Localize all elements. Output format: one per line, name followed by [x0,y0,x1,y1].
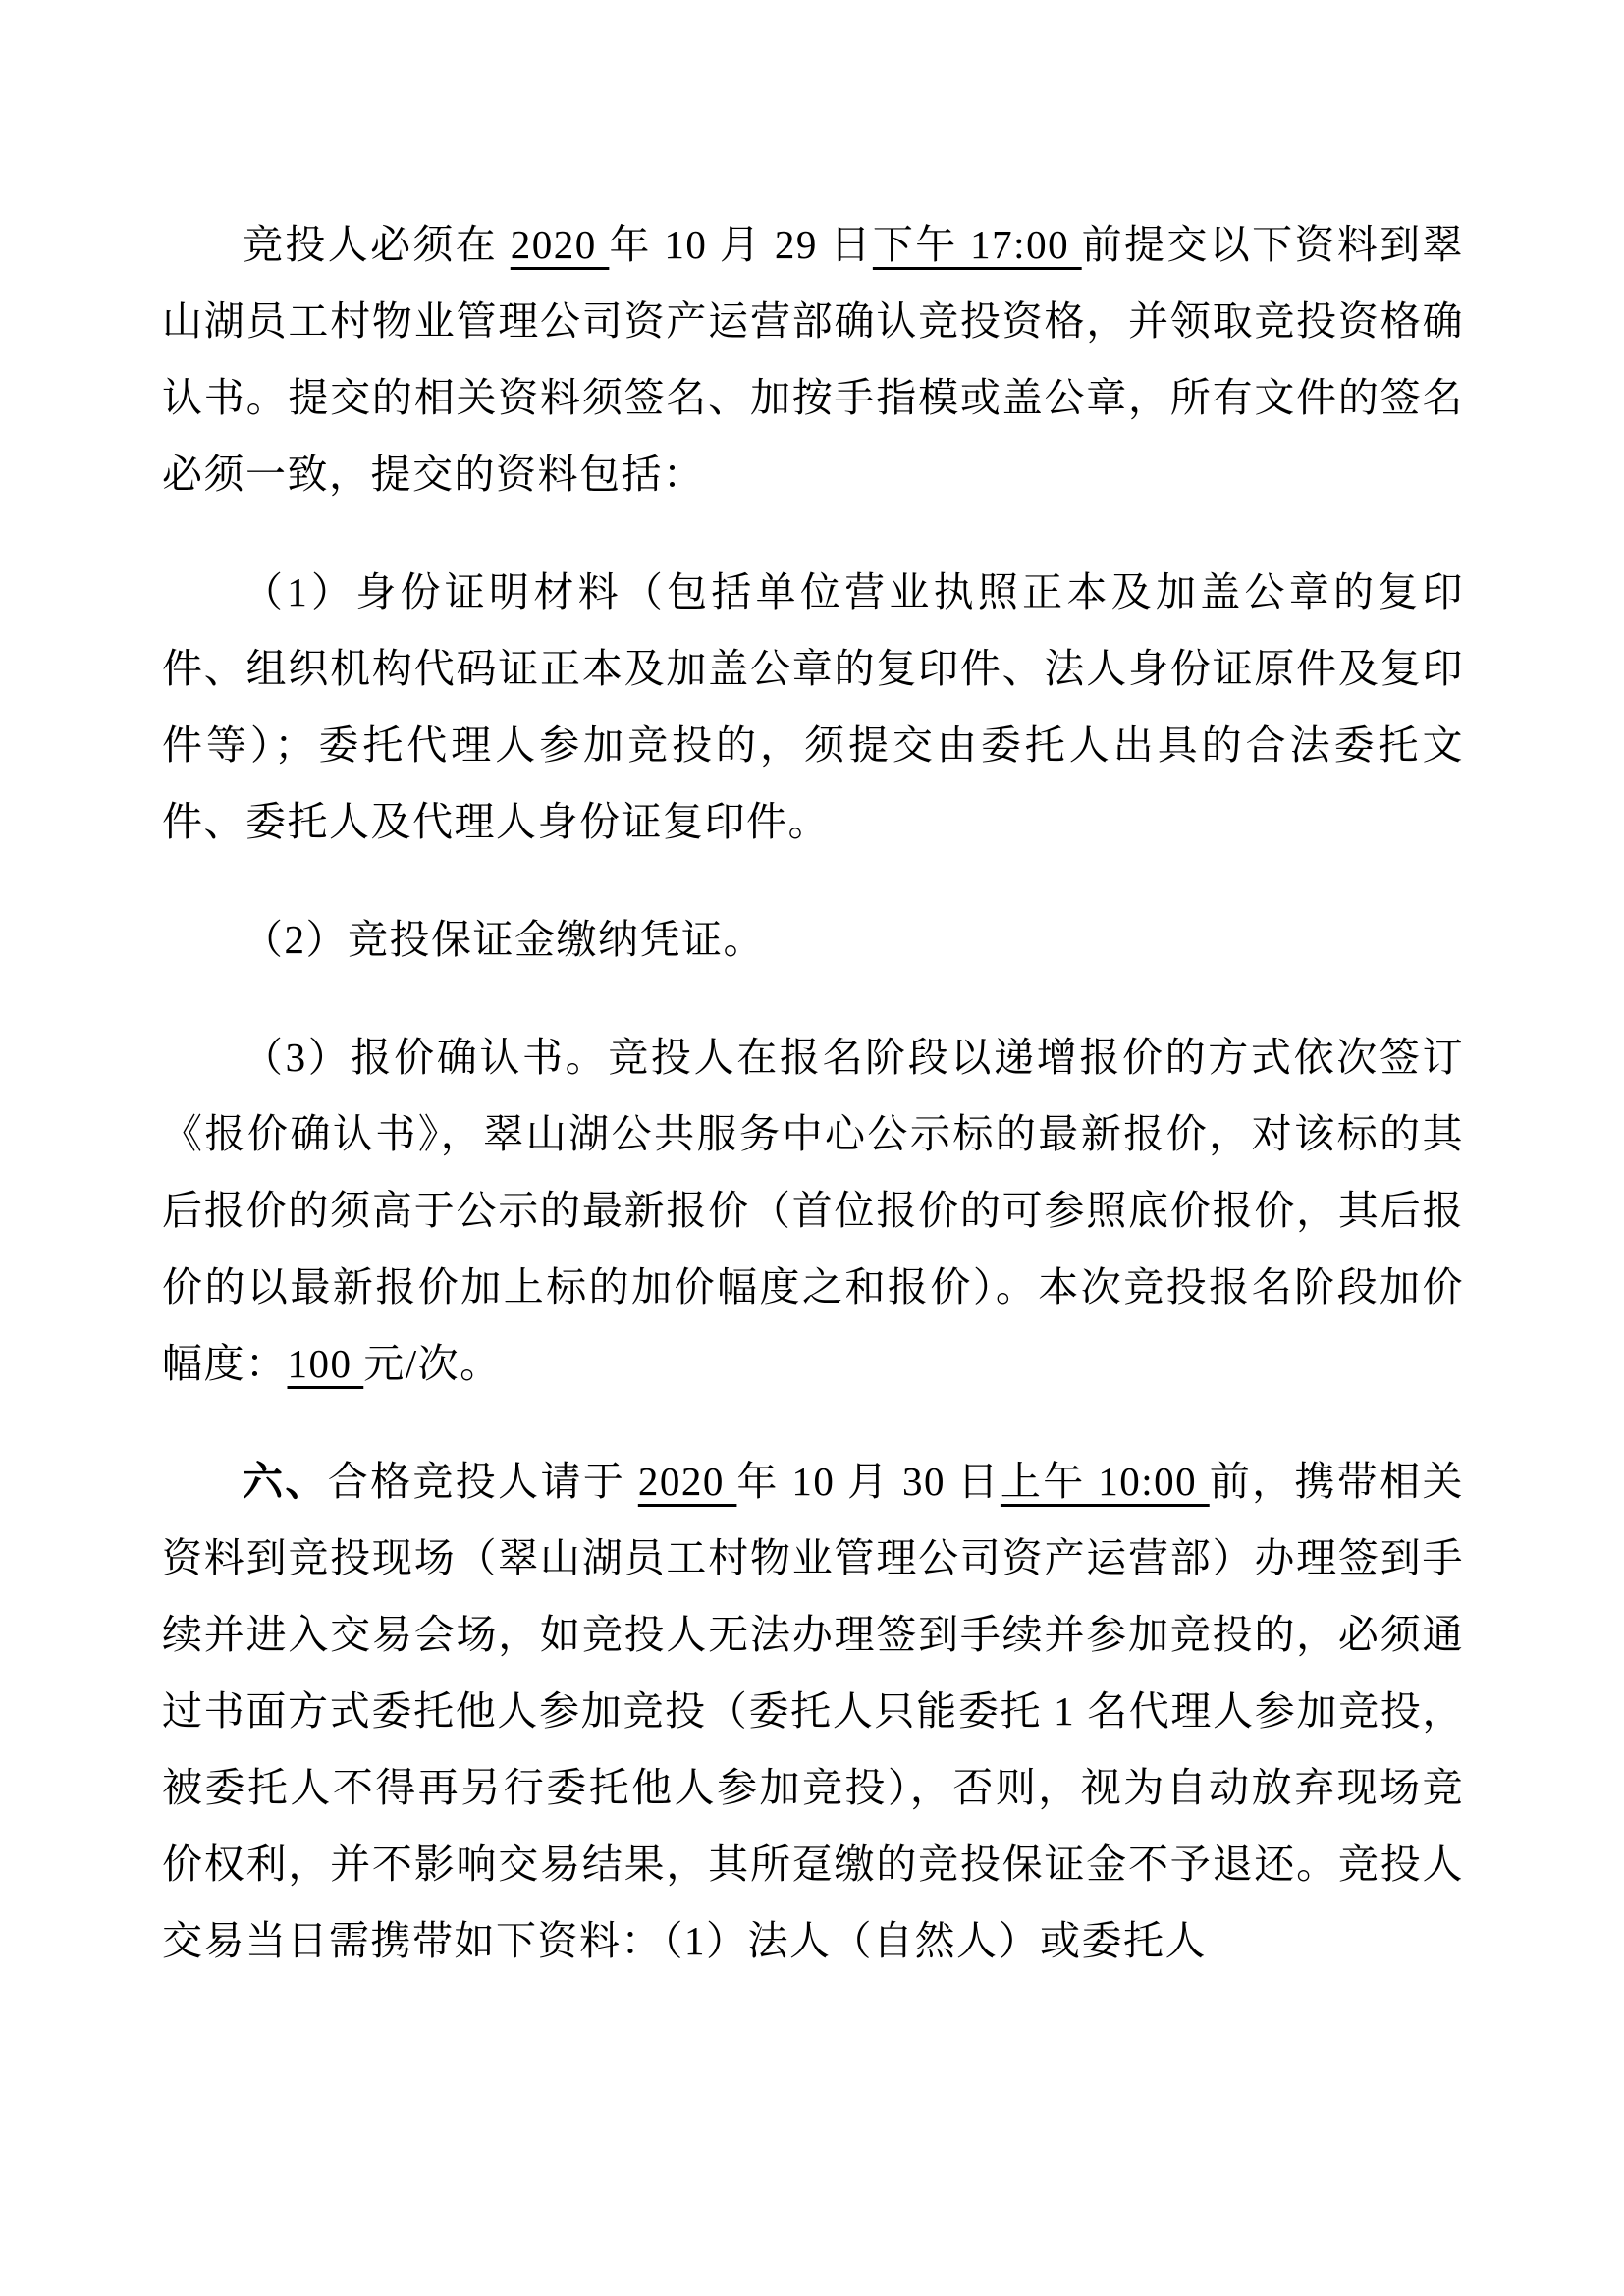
underlined-text: 100 [288,1341,364,1386]
text-run: 竞投人必须在 [243,222,511,267]
section-6-qualified-bidders: 六、合格竞投人请于 2020 年 10 月 30 日上午 10:00 前，携带相… [162,1443,1464,1979]
text-run: （2）竞投保证金缴纳凭证。 [243,917,765,962]
text-run: （3）报价确认书。竞投人在报名阶段以递增报价的方式依次签订《报价确认书》，翠山湖… [162,1035,1464,1386]
item-1-identity-materials: （1）身份证明材料（包括单位营业执照正本及加盖公章的复印件、组织机构代码证正本及… [162,554,1464,860]
text-run: 前，携带相关资料到竞投现场（翠山湖员工村物业管理公司资产运营部）办理签到手续并进… [162,1459,1464,1963]
text-run: 合格竞投人请于 [328,1459,638,1504]
underlined-text: 下午 17:00 [873,222,1082,267]
text-run: （1）身份证明材料（包括单位营业执照正本及加盖公章的复印件、组织机构代码证正本及… [162,569,1464,844]
text-run: 年 10 月 29 日 [609,222,873,267]
underlined-text: 上午 10:00 [1001,1459,1210,1504]
bold-text: 六、 [243,1459,328,1504]
item-2-deposit-receipt: （2）竞投保证金缴纳凭证。 [162,901,1464,978]
document-content: 竞投人必须在 2020 年 10 月 29 日下午 17:00 前提交以下资料到… [162,206,1464,1979]
underlined-text: 2020 [511,222,610,267]
text-run: 年 10 月 30 日 [736,1459,1001,1504]
item-3-quotation-confirmation: （3）报价确认书。竞投人在报名阶段以递增报价的方式依次签订《报价确认书》，翠山湖… [162,1019,1464,1402]
deadline-submission-paragraph: 竞投人必须在 2020 年 10 月 29 日下午 17:00 前提交以下资料到… [162,206,1464,512]
text-run: 元/次。 [363,1341,501,1386]
underlined-text: 2020 [638,1459,737,1504]
document-page: 竞投人必须在 2020 年 10 月 29 日下午 17:00 前提交以下资料到… [0,0,1624,2296]
